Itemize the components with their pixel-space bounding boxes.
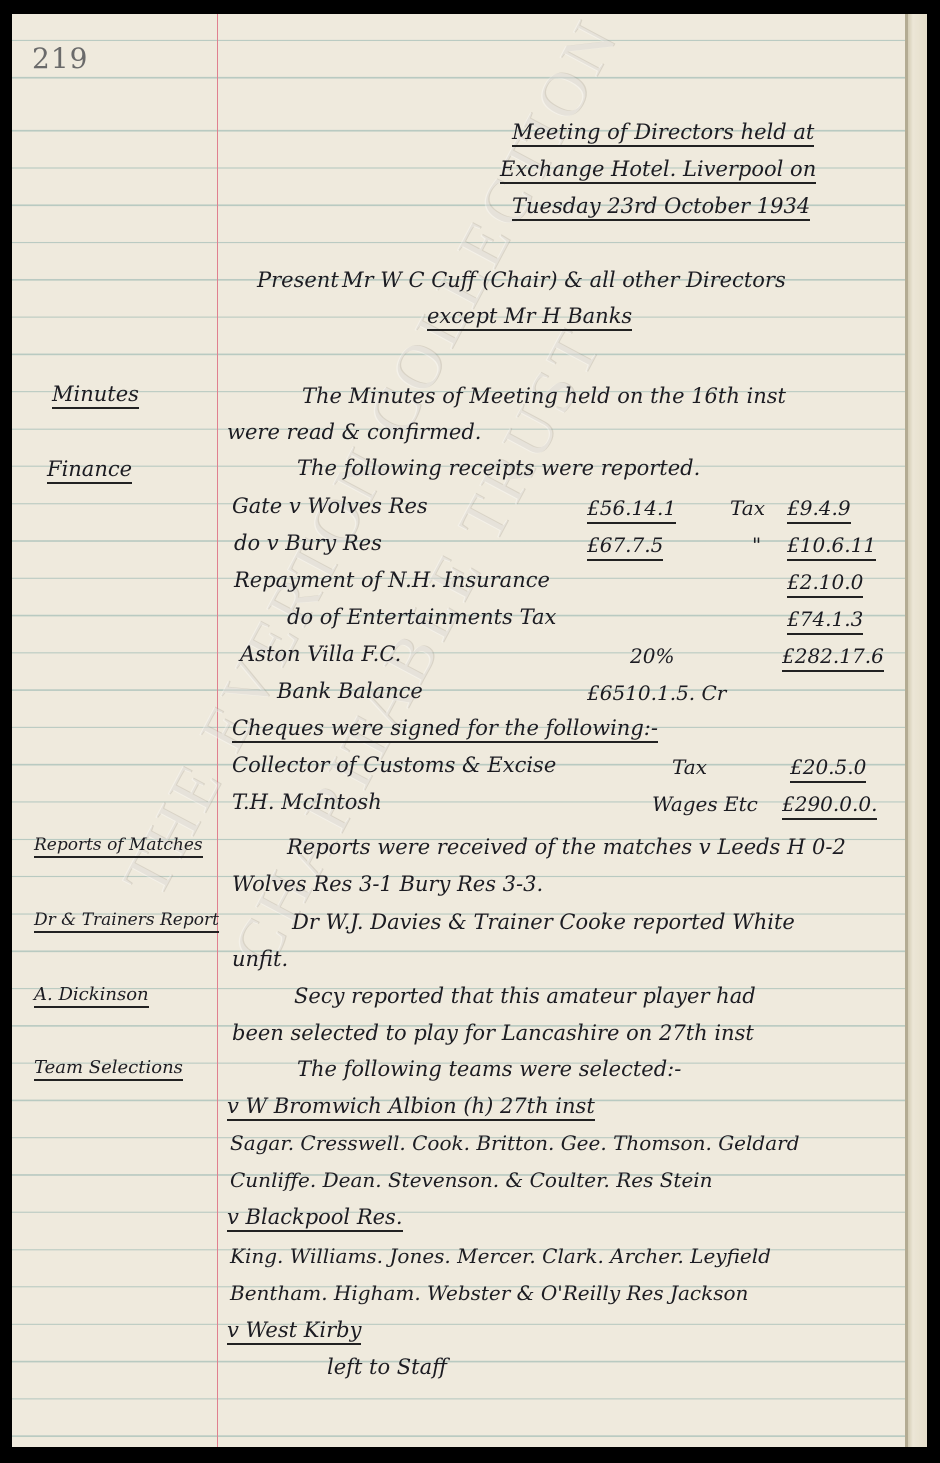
finance-intro: The following receipts were reported. xyxy=(297,458,700,479)
heading-line2: Exchange Hotel. Liverpool on xyxy=(500,159,816,184)
team-selections-intro: The following teams were selected:- xyxy=(297,1059,681,1080)
receipt-tax: £10.6.11 xyxy=(787,533,876,561)
cheque-payee: T.H. McIntosh xyxy=(232,792,382,813)
receipt-tax: £282.17.6 xyxy=(782,644,884,672)
team-opponent: v West Kirby xyxy=(227,1320,361,1345)
receipt-tax: £74.1.3 xyxy=(787,607,863,635)
cheque-payee: Collector of Customs & Excise xyxy=(232,755,556,776)
team-lineup: left to Staff xyxy=(327,1357,447,1378)
present-line1: Mr W C Cuff (Chair) & all other Director… xyxy=(342,270,786,291)
cheque-purpose: Wages Etc xyxy=(652,792,758,816)
margin-heading-dickinson: A. Dickinson xyxy=(34,986,149,1008)
team-lineup: Sagar. Cresswell. Cook. Britton. Gee. Th… xyxy=(230,1133,800,1153)
receipt-tax-label: " xyxy=(752,533,761,557)
bank-balance: £6510.1.5. Cr xyxy=(587,681,726,705)
team-opponent: v W Bromwich Albion (h) 27th inst xyxy=(227,1096,595,1121)
margin-heading-reports-of-matches: Reports of Matches xyxy=(34,837,203,858)
reports-line1: Reports were received of the matches v L… xyxy=(287,837,846,858)
cheque-amount: £20.5.0 xyxy=(790,755,866,783)
dickinson-line2: been selected to play for Lancashire on … xyxy=(232,1023,754,1044)
receipt-item: Repayment of N.H. Insurance xyxy=(234,570,550,591)
receipt-tax: £2.10.0 xyxy=(787,570,863,598)
cheque-amount: £290.0.0. xyxy=(782,792,877,820)
bank-balance-label: Bank Balance xyxy=(277,681,423,702)
minutes-line2: were read & confirmed. xyxy=(227,422,481,443)
doctor-trainer-line2: unfit. xyxy=(232,949,288,970)
dickinson-line1: Secy reported that this amateur player h… xyxy=(294,986,756,1007)
minute-book-page: THE EVERTON COLLECTION CHARITABLE TRUST … xyxy=(12,14,905,1447)
page-number: 219 xyxy=(32,42,88,75)
reports-line2: Wolves Res 3-1 Bury Res 3-3. xyxy=(232,874,543,895)
receipt-amount: 20% xyxy=(630,644,674,668)
heading-line3: Tuesday 23rd October 1934 xyxy=(512,196,810,221)
team-lineup: Cunliffe. Dean. Stevenson. & Coulter. Re… xyxy=(230,1170,713,1190)
cheques-intro: Cheques were signed for the following:- xyxy=(232,718,658,743)
receipt-item: Gate v Wolves Res xyxy=(232,496,428,517)
receipt-item: do of Entertainments Tax xyxy=(287,607,556,628)
page-edge xyxy=(905,14,927,1447)
receipt-item: Aston Villa F.C. xyxy=(240,644,401,665)
present-line2: except Mr H Banks xyxy=(427,306,632,331)
heading-line1: Meeting of Directors held at xyxy=(512,122,814,147)
team-opponent: v Blackpool Res. xyxy=(227,1207,403,1232)
doctor-trainer-line1: Dr W.J. Davies & Trainer Cooke reported … xyxy=(292,912,795,933)
cheque-purpose: Tax xyxy=(672,755,707,779)
receipt-amount: £67.7.5 xyxy=(587,533,663,561)
margin-heading-doctor-trainer: Dr & Trainers Report xyxy=(34,912,219,933)
team-lineup: Bentham. Higham. Webster & O'Reilly Res … xyxy=(230,1283,748,1303)
receipt-item: do v Bury Res xyxy=(234,533,382,554)
margin-heading-minutes: Minutes xyxy=(52,384,139,409)
receipt-tax: £9.4.9 xyxy=(787,496,851,524)
receipt-amount: £56.14.1 xyxy=(587,496,676,524)
margin-heading-finance: Finance xyxy=(47,459,132,484)
present-label: Present xyxy=(257,270,339,291)
margin-heading-team-selections: Team Selections xyxy=(34,1059,183,1081)
receipt-tax-label: Tax xyxy=(730,496,765,520)
minutes-line1: The Minutes of Meeting held on the 16th … xyxy=(302,386,786,407)
team-lineup: King. Williams. Jones. Mercer. Clark. Ar… xyxy=(230,1246,771,1266)
margin-rule xyxy=(217,14,218,1447)
